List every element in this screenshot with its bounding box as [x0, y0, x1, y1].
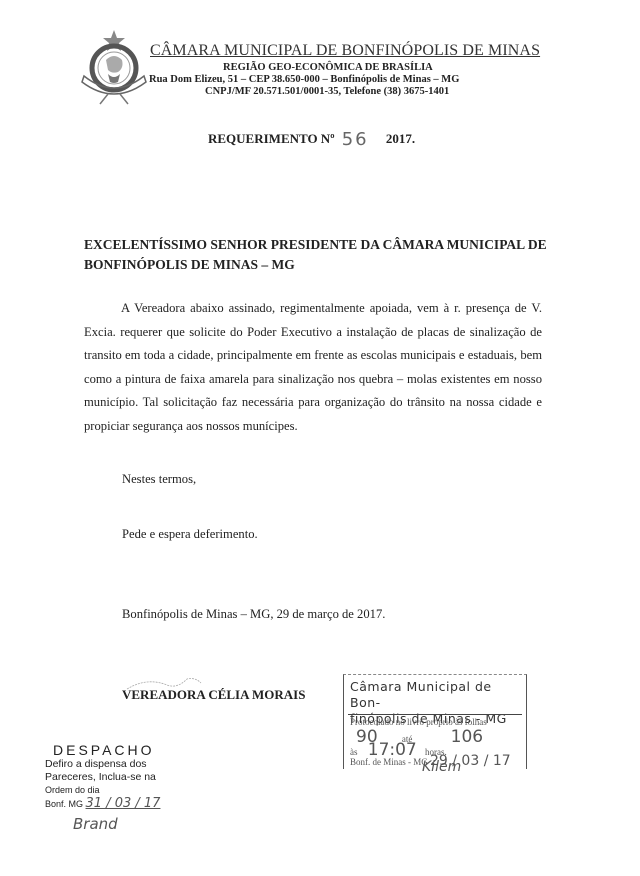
place-date: Bonfinópolis de Minas – MG, 29 de março …: [122, 607, 385, 622]
address-line: Rua Dom Elizeu, 51 – CEP 38.650-000 – Bo…: [149, 74, 459, 85]
closing-line-2: Pede e espera deferimento.: [122, 527, 258, 542]
request-heading: REQUERIMENTO Nº 56 2017.: [208, 129, 415, 150]
stamp-initials: Kilem: [422, 759, 461, 775]
despacho-line-1: Defiro a dispensa dos: [45, 758, 160, 771]
despacho-date: 31 / 03 / 17: [86, 796, 161, 811]
addressee: EXCELENTÍSSIMO SENHOR PRESIDENTE DA CÂMA…: [84, 235, 554, 275]
request-year: 2017.: [386, 131, 415, 146]
closing-line-1: Nestes termos,: [122, 472, 196, 487]
protocol-stamp: Câmara Municipal de Bon- finópolis de Mi…: [343, 674, 527, 769]
despacho-city-label: Bonf. MG: [45, 799, 83, 809]
stamp-city-label: Bonf. de Minas - MG: [350, 757, 428, 767]
stamp-divider: [348, 714, 522, 715]
folha-to: 106: [451, 727, 483, 747]
despacho-block: DESPACHO Defiro a dispensa dos Pareceres…: [45, 742, 160, 833]
despacho-date-row: Bonf. MG 31 / 03 / 17: [45, 797, 160, 811]
request-number-handwritten: 56: [342, 129, 369, 150]
request-label: REQUERIMENTO Nº: [208, 131, 334, 146]
despacho-line-2: Pareceres, Inclua-se na: [45, 771, 160, 784]
institution-title: CÂMARA MUNICIPAL DE BONFINÓPOLIS DE MINA…: [150, 42, 540, 60]
body-paragraph: A Vereadora abaixo assinado, regimentalm…: [84, 297, 542, 439]
cnpj-phone-line: CNPJ/MF 20.571.501/0001-35, Telefone (38…: [205, 86, 449, 97]
signatory-name: VEREADORA CÉLIA MORAIS: [122, 687, 305, 703]
despacho-signature: Brand: [73, 815, 160, 833]
despacho-title: DESPACHO: [53, 742, 160, 758]
stamp-protocol-label: Protocolado no livro próprio às folhas: [350, 717, 487, 727]
request-body: A Vereadora abaixo assinado, regimentalm…: [84, 297, 542, 439]
region-line: REGIÃO GEO-ECONÔMICA DE BRASÍLIA: [223, 62, 433, 73]
coat-of-arms-icon: [78, 28, 150, 106]
stamp-title-line-1: Câmara Municipal de Bon-: [350, 679, 526, 711]
